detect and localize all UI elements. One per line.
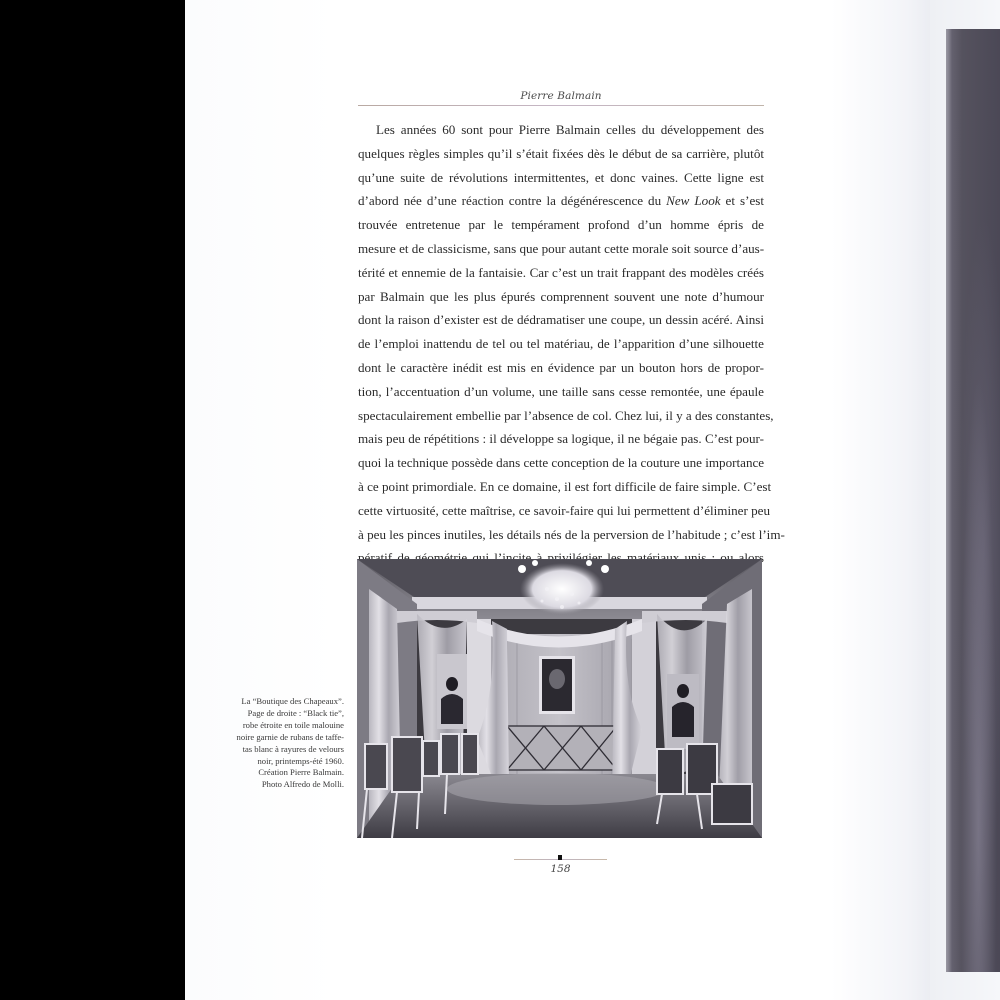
text-line: cette virtuosité, cette maîtrise, ce sav… (358, 499, 764, 523)
text-line: mesure et de classicisme, sans que pour … (358, 237, 764, 261)
scan-background-left (0, 0, 185, 1000)
text-line: à ce point primordiale. En ce domaine, i… (358, 475, 764, 499)
caption-line: noir, printemps-été 1960. (222, 756, 344, 768)
facing-page-photo (946, 29, 1000, 972)
caption-line: Photo Alfredo de Molli. (222, 779, 344, 791)
text-line: à peu les pinces inutiles, les détails n… (358, 523, 764, 547)
text-fragment: d’abord née d’une réaction contre la dég… (358, 193, 666, 208)
text-line: quelques règles simples qu’il s’était fi… (358, 142, 764, 166)
caption-line: Page de droite : “Black tie”, (222, 708, 344, 720)
text-line: trouvée entretenue par le tempérament pr… (358, 213, 764, 237)
text-line: qu’une suite de révolutions intermittent… (358, 166, 764, 190)
text-line: d’abord née d’une réaction contre la dég… (358, 189, 764, 213)
text-line: dont le caractère inédit est mis en évid… (358, 356, 764, 380)
photo-caption: La “Boutique des Chapeaux”. Page de droi… (222, 696, 344, 791)
text-line: spectaculairement embellie par l’absence… (358, 404, 764, 428)
page-number: 158 (514, 863, 607, 875)
text-line: de l’emploi inattendu de tel ou tel maté… (358, 332, 764, 356)
caption-line: robe étroite en toile malouine (222, 720, 344, 732)
text-line: quoi la technique possède dans cette con… (358, 451, 764, 475)
text-line: dont la raison d’exister est de dédramat… (358, 308, 764, 332)
text-line: tion, l’accentuation d’un volume, une ta… (358, 380, 764, 404)
caption-line: La “Boutique des Chapeaux”. (222, 696, 344, 708)
text-line: térité et ennemie de la fantaisie. Car c… (358, 261, 764, 285)
text-line: mais peu de répétitions : il développe s… (358, 427, 764, 451)
caption-line: noire garnie de rubans de taffe- (222, 732, 344, 744)
italic-title: New Look (666, 193, 720, 208)
header-rule (358, 105, 764, 106)
folio-marker (558, 855, 562, 860)
boutique-photo (357, 559, 762, 838)
body-text: Les années 60 sont pour Pierre Balmain c… (358, 118, 764, 570)
text-line: par Balmain que les plus épurés comprenn… (358, 285, 764, 309)
caption-line: tas blanc à rayures de velours (222, 744, 344, 756)
text-fragment: et s’est (721, 193, 764, 208)
caption-line: Création Pierre Balmain. (222, 767, 344, 779)
text-line: Les années 60 sont pour Pierre Balmain c… (358, 118, 764, 142)
running-head: Pierre Balmain (358, 90, 764, 102)
